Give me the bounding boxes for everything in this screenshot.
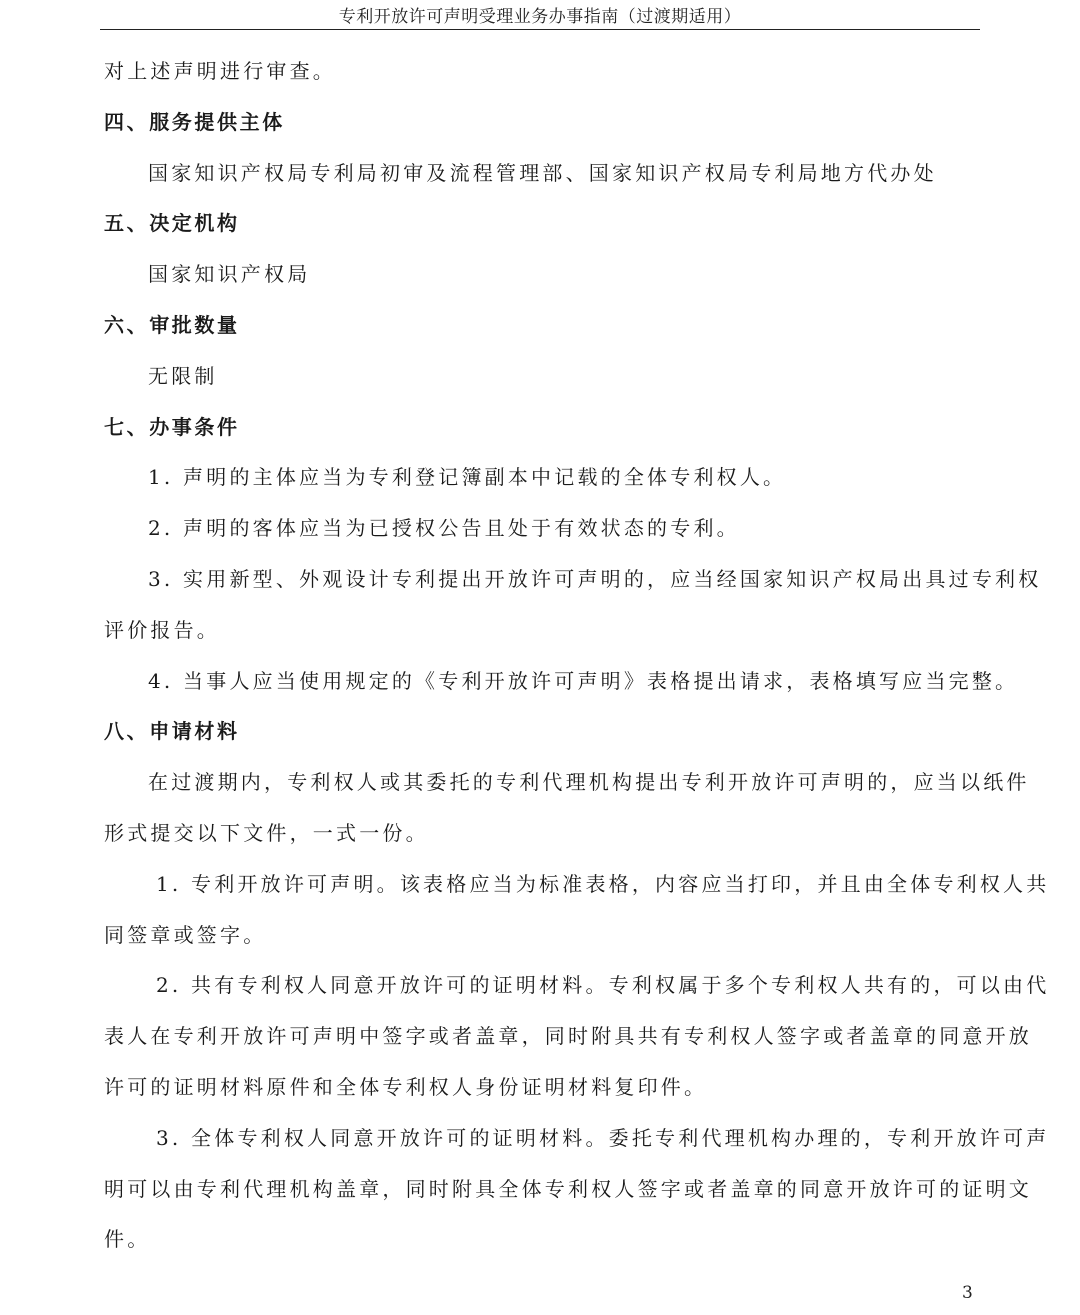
service-provider-text: 国家知识产权局专利局初审及流程管理部、国家知识产权局专利局地方代办处 [104, 148, 978, 199]
material-item-1-line-2: 同签章或签字。 [104, 910, 978, 961]
materials-intro-line-2: 形式提交以下文件，一式一份。 [104, 808, 978, 859]
material-item-3-line-2: 明可以由专利代理机构盖章，同时附具全体专利权人签字或者盖章的同意开放许可的证明文 [104, 1164, 978, 1215]
condition-item-3-line-2: 评价报告。 [104, 605, 978, 656]
condition-item-4: 4. 当事人应当使用规定的《专利开放许可声明》表格提出请求，表格填写应当完整。 [104, 656, 978, 707]
material-item-2-line-1: 2. 共有专利权人同意开放许可的证明材料。专利权属于多个专利权人共有的，可以由代 [104, 960, 978, 1011]
material-item-2-line-3: 许可的证明材料原件和全体专利权人身份证明材料复印件。 [104, 1062, 978, 1113]
decision-authority-text: 国家知识产权局 [104, 249, 978, 300]
document-body: 对上述声明进行审查。 四、服务提供主体 国家知识产权局专利局初审及流程管理部、国… [104, 46, 978, 1265]
section-heading-conditions: 七、办事条件 [104, 402, 978, 453]
material-item-3-line-3: 件。 [104, 1214, 978, 1265]
materials-intro-line-1: 在过渡期内，专利权人或其委托的专利代理机构提出专利开放许可声明的，应当以纸件 [104, 757, 978, 808]
approval-quantity-text: 无限制 [104, 351, 978, 402]
material-item-2-line-2: 表人在专利开放许可声明中签字或者盖章，同时附具共有专利权人签字或者盖章的同意开放 [104, 1011, 978, 1062]
section-heading-approval-quantity: 六、审批数量 [104, 300, 978, 351]
section-heading-decision-authority: 五、决定机构 [104, 198, 978, 249]
condition-item-3-line-1: 3. 实用新型、外观设计专利提出开放许可声明的，应当经国家知识产权局出具过专利权 [104, 554, 978, 605]
running-header: 专利开放许可声明受理业务办事指南（过渡期适用） [100, 6, 980, 28]
condition-item-1: 1. 声明的主体应当为专利登记簿副本中记载的全体专利权人。 [104, 452, 978, 503]
section-heading-application-materials: 八、申请材料 [104, 706, 978, 757]
page-number: 3 [962, 1283, 973, 1303]
condition-item-2: 2. 声明的客体应当为已授权公告且处于有效状态的专利。 [104, 503, 978, 554]
continuation-text: 对上述声明进行审查。 [104, 46, 978, 97]
material-item-1-line-1: 1. 专利开放许可声明。该表格应当为标准表格，内容应当打印，并且由全体专利权人共 [104, 859, 978, 910]
material-item-3-line-1: 3. 全体专利权人同意开放许可的证明材料。委托专利代理机构办理的，专利开放许可声 [104, 1113, 978, 1164]
section-heading-service-provider: 四、服务提供主体 [104, 97, 978, 148]
header-divider [100, 29, 980, 30]
